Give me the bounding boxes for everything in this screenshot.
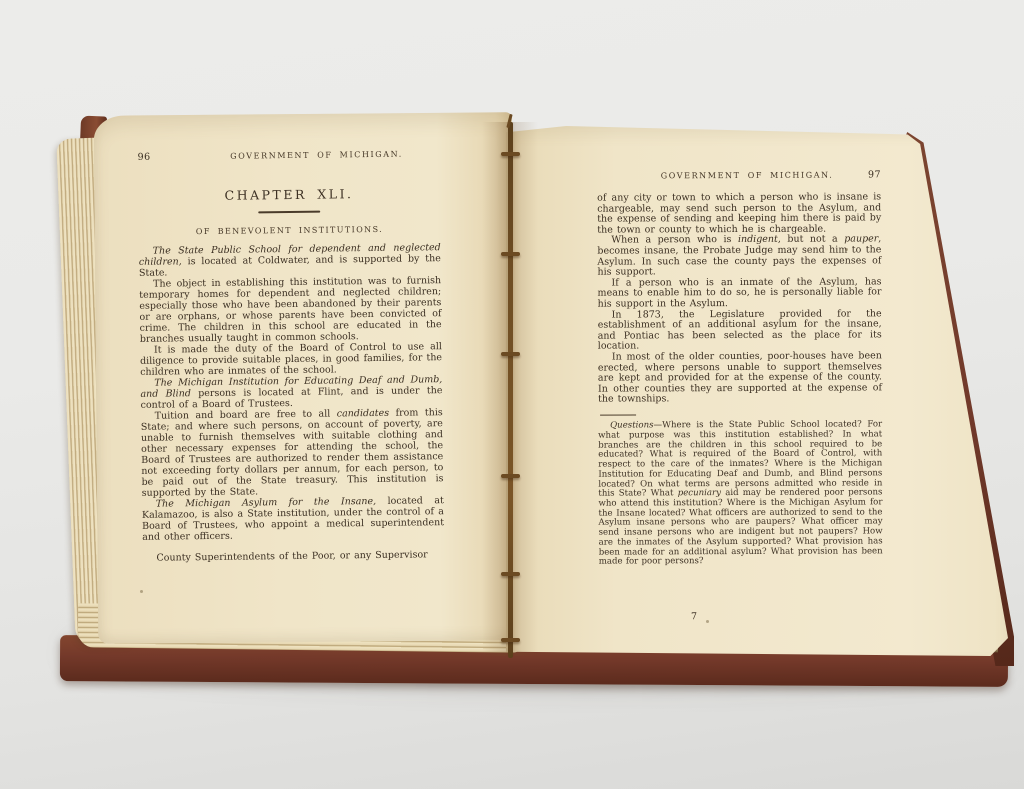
left-page-number: 96 [137, 151, 193, 163]
text-segment: aid may be rendered poor persons who att… [598, 488, 882, 567]
section-heading: OF BENEVOLENT INSTITUTIONS. [138, 224, 440, 237]
italic-text-segment: candidates [337, 408, 389, 420]
chapter-rule [258, 211, 320, 214]
left-running-head-title: GOVERNMENT OF MICHIGAN. [194, 149, 440, 161]
text-segment: In 1873, the Legislature provided for th… [598, 308, 882, 352]
right-page-number: 97 [841, 169, 881, 180]
italic-text-segment: indigent [738, 234, 778, 245]
paragraph: The State Public School for dependent an… [139, 242, 441, 279]
left-running-header: 96 GOVERNMENT OF MICHIGAN. [137, 148, 439, 163]
text-segment: , but not a [778, 234, 844, 245]
paragraph: In most of the older counties, poor-hous… [598, 351, 882, 405]
paragraph: Questions—Where is the State Public Scho… [598, 421, 883, 568]
italic-text-segment: pecuniary [678, 488, 721, 498]
stitch-knot [501, 352, 520, 356]
text-segment: If a person who is an inmate of the Asyl… [598, 276, 882, 309]
right-running-header: GOVERNMENT OF MICHIGAN. 97 [597, 169, 881, 181]
paragraph: It is made the duty of the Board of Cont… [140, 341, 442, 378]
right-running-head-title: GOVERNMENT OF MICHIGAN. [653, 171, 841, 181]
paper-speck [140, 590, 143, 593]
text-segment: The object in establishing this institut… [139, 275, 442, 345]
paragraph: of any city or town to which a person wh… [597, 192, 881, 236]
paragraph: The Michigan Institution for Educating D… [140, 374, 442, 411]
right-page-body: of any city or town to which a person wh… [597, 192, 882, 405]
text-segment: of any city or town to which a person wh… [597, 191, 881, 235]
paragraph: When a person who is indigent, but not a… [597, 235, 881, 279]
questions-section: Questions—Where is the State Public Scho… [598, 421, 883, 568]
left-page-body: The State Public School for dependent an… [139, 242, 445, 564]
book-photograph: 96 GOVERNMENT OF MICHIGAN. CHAPTER XLI. … [0, 0, 1024, 789]
paragraph: The Michigan Asylum for the Insane, loca… [142, 495, 445, 543]
questions-rule [600, 414, 636, 416]
text-segment: In most of the older counties, poor-hous… [598, 350, 882, 405]
stitch-knot [501, 252, 520, 256]
stitch-knot [501, 152, 520, 156]
italic-text-segment: pauper [844, 234, 878, 245]
stitch-knot [501, 474, 520, 478]
italic-text-segment: Questions [610, 421, 653, 431]
paragraph: Tuition and board are free to all candid… [141, 407, 444, 499]
stitch-knot [501, 638, 520, 642]
right-page-text: GOVERNMENT OF MICHIGAN. 97 of any city o… [597, 169, 883, 622]
left-page-text: 96 GOVERNMENT OF MICHIGAN. CHAPTER XLI. … [137, 148, 444, 564]
text-segment: It is made the duty of the Board of Cont… [140, 341, 442, 378]
text-segment: from this State; and where such persons,… [141, 407, 444, 499]
signature-mark: 7 [691, 610, 883, 622]
stitch-knot [501, 572, 520, 576]
binding-thread [508, 122, 513, 658]
paragraph: The object in establishing this institut… [139, 275, 442, 345]
paragraph: If a person who is an inmate of the Asyl… [597, 277, 881, 310]
chapter-heading: CHAPTER XLI. [138, 185, 440, 204]
paragraph: In 1873, the Legislature provided for th… [598, 309, 882, 353]
